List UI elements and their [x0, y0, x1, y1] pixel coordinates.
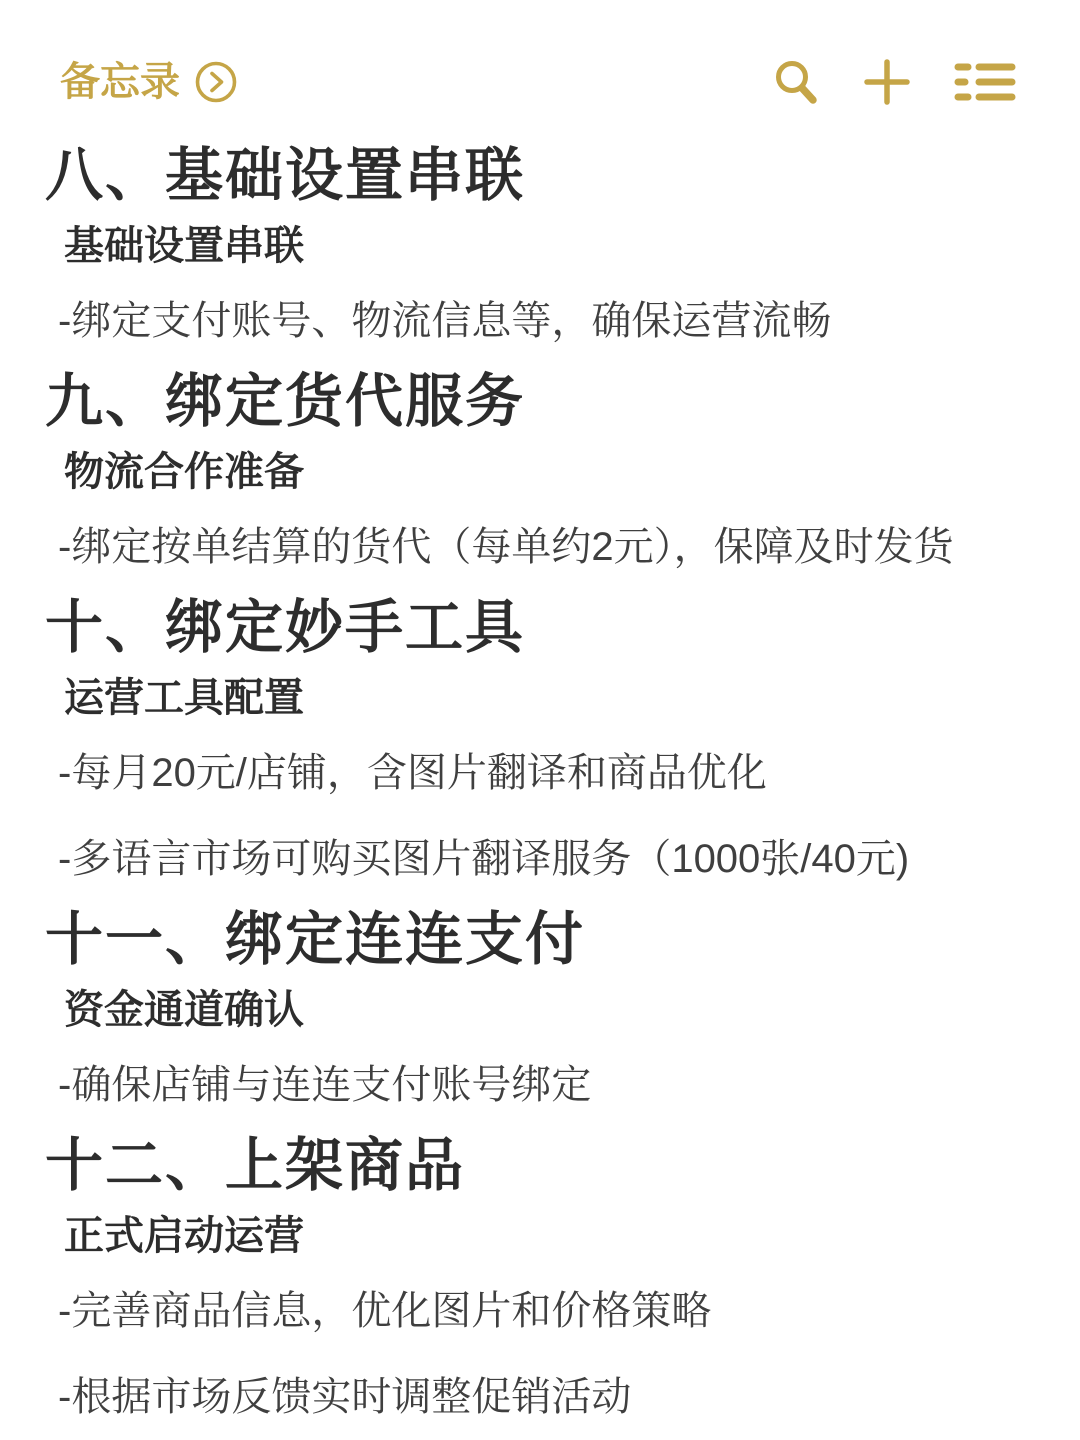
note-line: -确保店铺与连连支付账号绑定 [0, 1062, 1080, 1108]
chevron-right-circle-icon [194, 60, 238, 104]
note-line: -多语言市场可购买图片翻译服务（1000张/40元) [0, 836, 1080, 882]
app-title: 备忘录 [60, 56, 180, 108]
note-line: -每月20元/店铺，含图片翻译和商品优化 [0, 750, 1080, 796]
notes-app-header: 备忘录 [60, 56, 1016, 108]
section-subtitle: 运营工具配置 [0, 676, 1080, 720]
notes-back-link[interactable]: 备忘录 [60, 56, 238, 108]
add-note-icon[interactable] [864, 59, 910, 105]
section-subtitle: 基础设置串联 [0, 224, 1080, 268]
section-subtitle: 资金通道确认 [0, 988, 1080, 1032]
header-actions [772, 56, 1016, 108]
note-editor-area[interactable]: 八、基础设置串联 基础设置串联 -绑定支付账号、物流信息等，确保运营流畅 九、绑… [0, 144, 1080, 1440]
section-title: 十一、绑定连连支付 [0, 908, 1080, 972]
note-line: -绑定按单结算的货代（每单约2元），保障及时发货 [0, 524, 1080, 570]
note-line: -完善商品信息，优化图片和价格策略 [0, 1288, 1080, 1334]
note-line: -根据市场反馈实时调整促销活动 [0, 1374, 1080, 1420]
section-title: 八、基础设置串联 [0, 144, 1080, 208]
section-title: 十、绑定妙手工具 [0, 596, 1080, 660]
section-subtitle: 物流合作准备 [0, 450, 1080, 494]
section-subtitle: 正式启动运营 [0, 1214, 1080, 1258]
note-line: -绑定支付账号、物流信息等，确保运营流畅 [0, 298, 1080, 344]
search-icon[interactable] [772, 56, 820, 108]
section-title: 九、绑定货代服务 [0, 370, 1080, 434]
section-title: 十二、上架商品 [0, 1134, 1080, 1198]
checklist-icon[interactable] [954, 60, 1016, 104]
